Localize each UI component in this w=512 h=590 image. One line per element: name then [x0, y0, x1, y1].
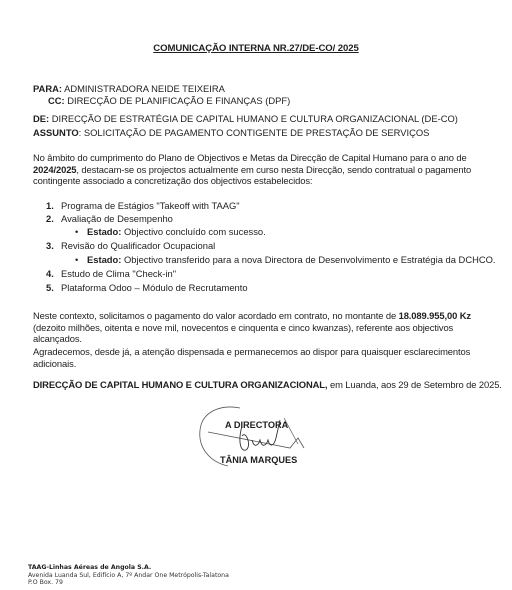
subject-label: ASSUNTO [33, 127, 79, 138]
signature-block: A DIRECTORA TÂNIA MARQUES [180, 400, 340, 480]
cc-value: DIRECÇÃO DE PLANIFICAÇÃO E FINANÇAS (DPF… [67, 95, 290, 106]
closing-org: DIRECÇÃO DE CAPITAL HUMANO E CULTURA ORG… [33, 379, 327, 390]
signatory-name: TÂNIA MARQUES [220, 455, 297, 467]
list-number: 3. [46, 240, 61, 252]
list-item: 3.Revisão do Qualificador Ocupacional [46, 240, 215, 252]
status-text: Objectivo transferido para a nova Direct… [121, 254, 495, 265]
list-item: 1.Programa de Estágios "Takeoff with TAA… [46, 200, 240, 212]
bullet-icon: • [75, 226, 87, 238]
list-item: 4.Estudo de Clima "Check-in" [46, 268, 176, 280]
intro-text: No âmbito do cumprimento do Plano de Obj… [33, 152, 467, 163]
status-subitem: •Estado: Objectivo transferido para a no… [75, 254, 496, 266]
sender-line: DE: DIRECÇÃO DE ESTRATÉGIA DE CAPITAL HU… [33, 113, 458, 125]
list-text: Programa de Estágios "Takeoff with TAAG" [61, 200, 240, 211]
request-text: Neste contexto, solicitamos o pagamento … [33, 310, 399, 321]
bullet-icon: • [75, 254, 87, 266]
status-label: Estado: [87, 254, 121, 265]
list-text: Avaliação de Desempenho [61, 213, 173, 224]
list-number: 1. [46, 200, 61, 212]
signature-icon [180, 400, 340, 480]
list-item: 5.Plataforma Odoo – Módulo de Recrutamen… [46, 282, 248, 294]
list-number: 5. [46, 282, 61, 294]
status-text: Objectivo concluído com sucesso. [121, 226, 265, 237]
signatory-role: A DIRECTORA [225, 420, 288, 432]
intro-paragraph: No âmbito do cumprimento do Plano de Obj… [33, 152, 503, 187]
cc-line: CC: DIRECÇÃO DE PLANIFICAÇÃO E FINANÇAS … [48, 95, 290, 107]
recipient-value: ADMINISTRADORA NEIDE TEIXEIRA [64, 83, 225, 94]
thanks-paragraph: Agradecemos, desde já, a atenção dispens… [33, 346, 503, 369]
subject-line: ASSUNTO: SOLICITAÇÃO DE PAGAMENTO CONTIG… [33, 127, 429, 139]
list-number: 4. [46, 268, 61, 280]
intro-year: 2024/2025 [33, 164, 76, 175]
recipient-line: PARA: ADMINISTRADORA NEIDE TEIXEIRA [33, 83, 225, 95]
sender-label: DE: [33, 113, 49, 124]
status-label: Estado: [87, 226, 121, 237]
request-text-end: (dezoito milhões, oitenta e nove mil, no… [33, 322, 453, 345]
list-text: Revisão do Qualificador Ocupacional [61, 240, 215, 251]
subject-value: : SOLICITAÇÃO DE PAGAMENTO CONTIGENTE DE… [79, 127, 430, 138]
closing-date: em Luanda, aos 29 de Setembro de 2025. [327, 379, 501, 390]
list-text: Plataforma Odoo – Módulo de Recrutamento [61, 282, 248, 293]
list-text: Estudo de Clima "Check-in" [61, 268, 176, 279]
intro-text-end: , destacam-se os projectos actualmente e… [33, 164, 471, 187]
list-number: 2. [46, 213, 61, 225]
document-title: COMUNICAÇÃO INTERNA NR.27/DE-CO/ 2025 [0, 43, 512, 55]
closing-line: DIRECÇÃO DE CAPITAL HUMANO E CULTURA ORG… [33, 379, 502, 391]
status-subitem: •Estado: Objectivo concluído com sucesso… [75, 226, 266, 238]
cc-label: CC: [48, 95, 65, 106]
request-paragraph: Neste contexto, solicitamos o pagamento … [33, 310, 503, 345]
recipient-label: PARA: [33, 83, 62, 94]
sender-value: DIRECÇÃO DE ESTRATÉGIA DE CAPITAL HUMANO… [52, 113, 458, 124]
request-amount: 18.089.955,00 Kz [399, 310, 471, 321]
footer-po-box: P.O Box. 79 [28, 579, 63, 587]
list-item: 2.Avaliação de Desempenho [46, 213, 173, 225]
